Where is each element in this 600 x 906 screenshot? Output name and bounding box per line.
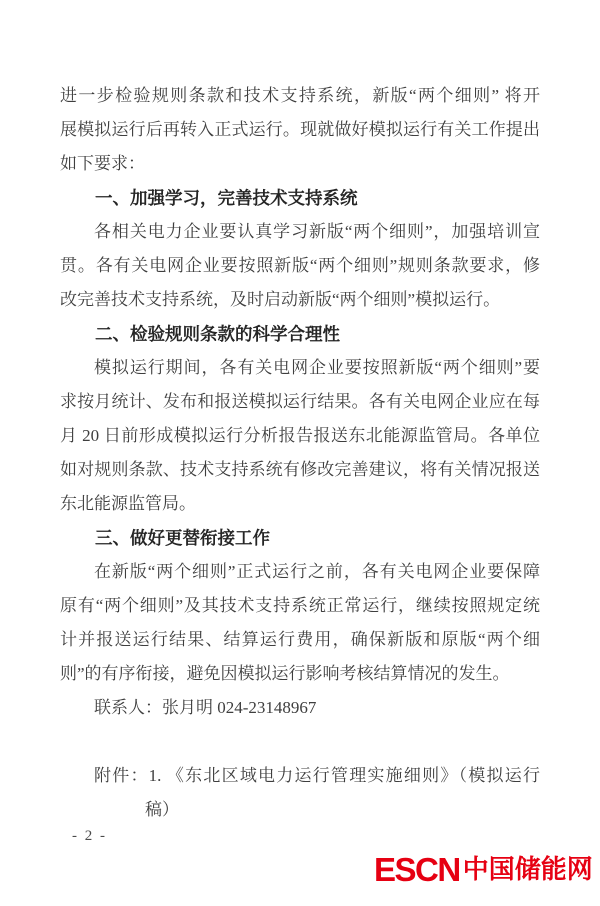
section-1-line: 各相关电力企业要认真学习新版“两个细则”，加强培训宣 <box>60 215 540 249</box>
blank-line <box>60 725 540 759</box>
section-2-line: 如对规则条款、技术支持系统有修改完善建议，将有关情况报送 <box>60 453 540 487</box>
section-2-line: 模拟运行期间，各有关电网企业要按照新版“两个细则”要 <box>60 351 540 385</box>
logo-chinese-text: 中国储能网 <box>463 853 593 887</box>
intro-line: 如下要求： <box>60 147 540 181</box>
section-2-heading: 二、检验规则条款的科学合理性 <box>60 317 540 351</box>
section-3-line: 则”的有序衔接，避免因模拟运行影响考核结算情况的发生。 <box>60 657 540 691</box>
contact-line: 联系人：张月明 024-23148967 <box>60 691 540 725</box>
section-2-line: 月 20 日前形成模拟运行分析报告报送东北能源监管局。各单位 <box>60 419 540 453</box>
intro-line: 展模拟运行后再转入正式运行。现就做好模拟运行有关工作提出 <box>60 113 540 147</box>
section-2-line: 求按月统计、发布和报送模拟运行结果。各有关电网企业应在每 <box>60 385 540 419</box>
section-3-line: 原有“两个细则”及其技术支持系统正常运行，继续按照规定统 <box>60 589 540 623</box>
section-1-heading: 一、加强学习，完善技术支持系统 <box>60 181 540 215</box>
section-2-line: 东北能源监管局。 <box>60 487 540 521</box>
attachment-line: 附件：1. 《东北区域电力运行管理实施细则》（模拟运行 <box>60 759 540 793</box>
intro-line: 进一步检验规则条款和技术支持系统，新版“两个细则” 将开 <box>60 79 540 113</box>
attachment-line: 稿） <box>60 793 540 827</box>
section-1-line: 贯。各有关电网企业要按照新版“两个细则”规则条款要求，修 <box>60 249 540 283</box>
escn-logo: ESCN 中国储能网 <box>374 853 593 887</box>
page-number: - 2 - <box>72 828 107 845</box>
section-3-line: 在新版“两个细则”正式运行之前，各有关电网企业要保障 <box>60 555 540 589</box>
section-3-line: 计并报送运行结果、结算运行费用，确保新版和原版“两个细 <box>60 623 540 657</box>
document-page: 进一步检验规则条款和技术支持系统，新版“两个细则” 将开 展模拟运行后再转入正式… <box>0 0 600 906</box>
logo-latin-text: ESCN <box>374 853 460 887</box>
document-body: 进一步检验规则条款和技术支持系统，新版“两个细则” 将开 展模拟运行后再转入正式… <box>60 0 540 827</box>
section-1-line: 改完善技术支持系统，及时启动新版“两个细则”模拟运行。 <box>60 283 540 317</box>
section-3-heading: 三、做好更替衔接工作 <box>60 521 540 555</box>
